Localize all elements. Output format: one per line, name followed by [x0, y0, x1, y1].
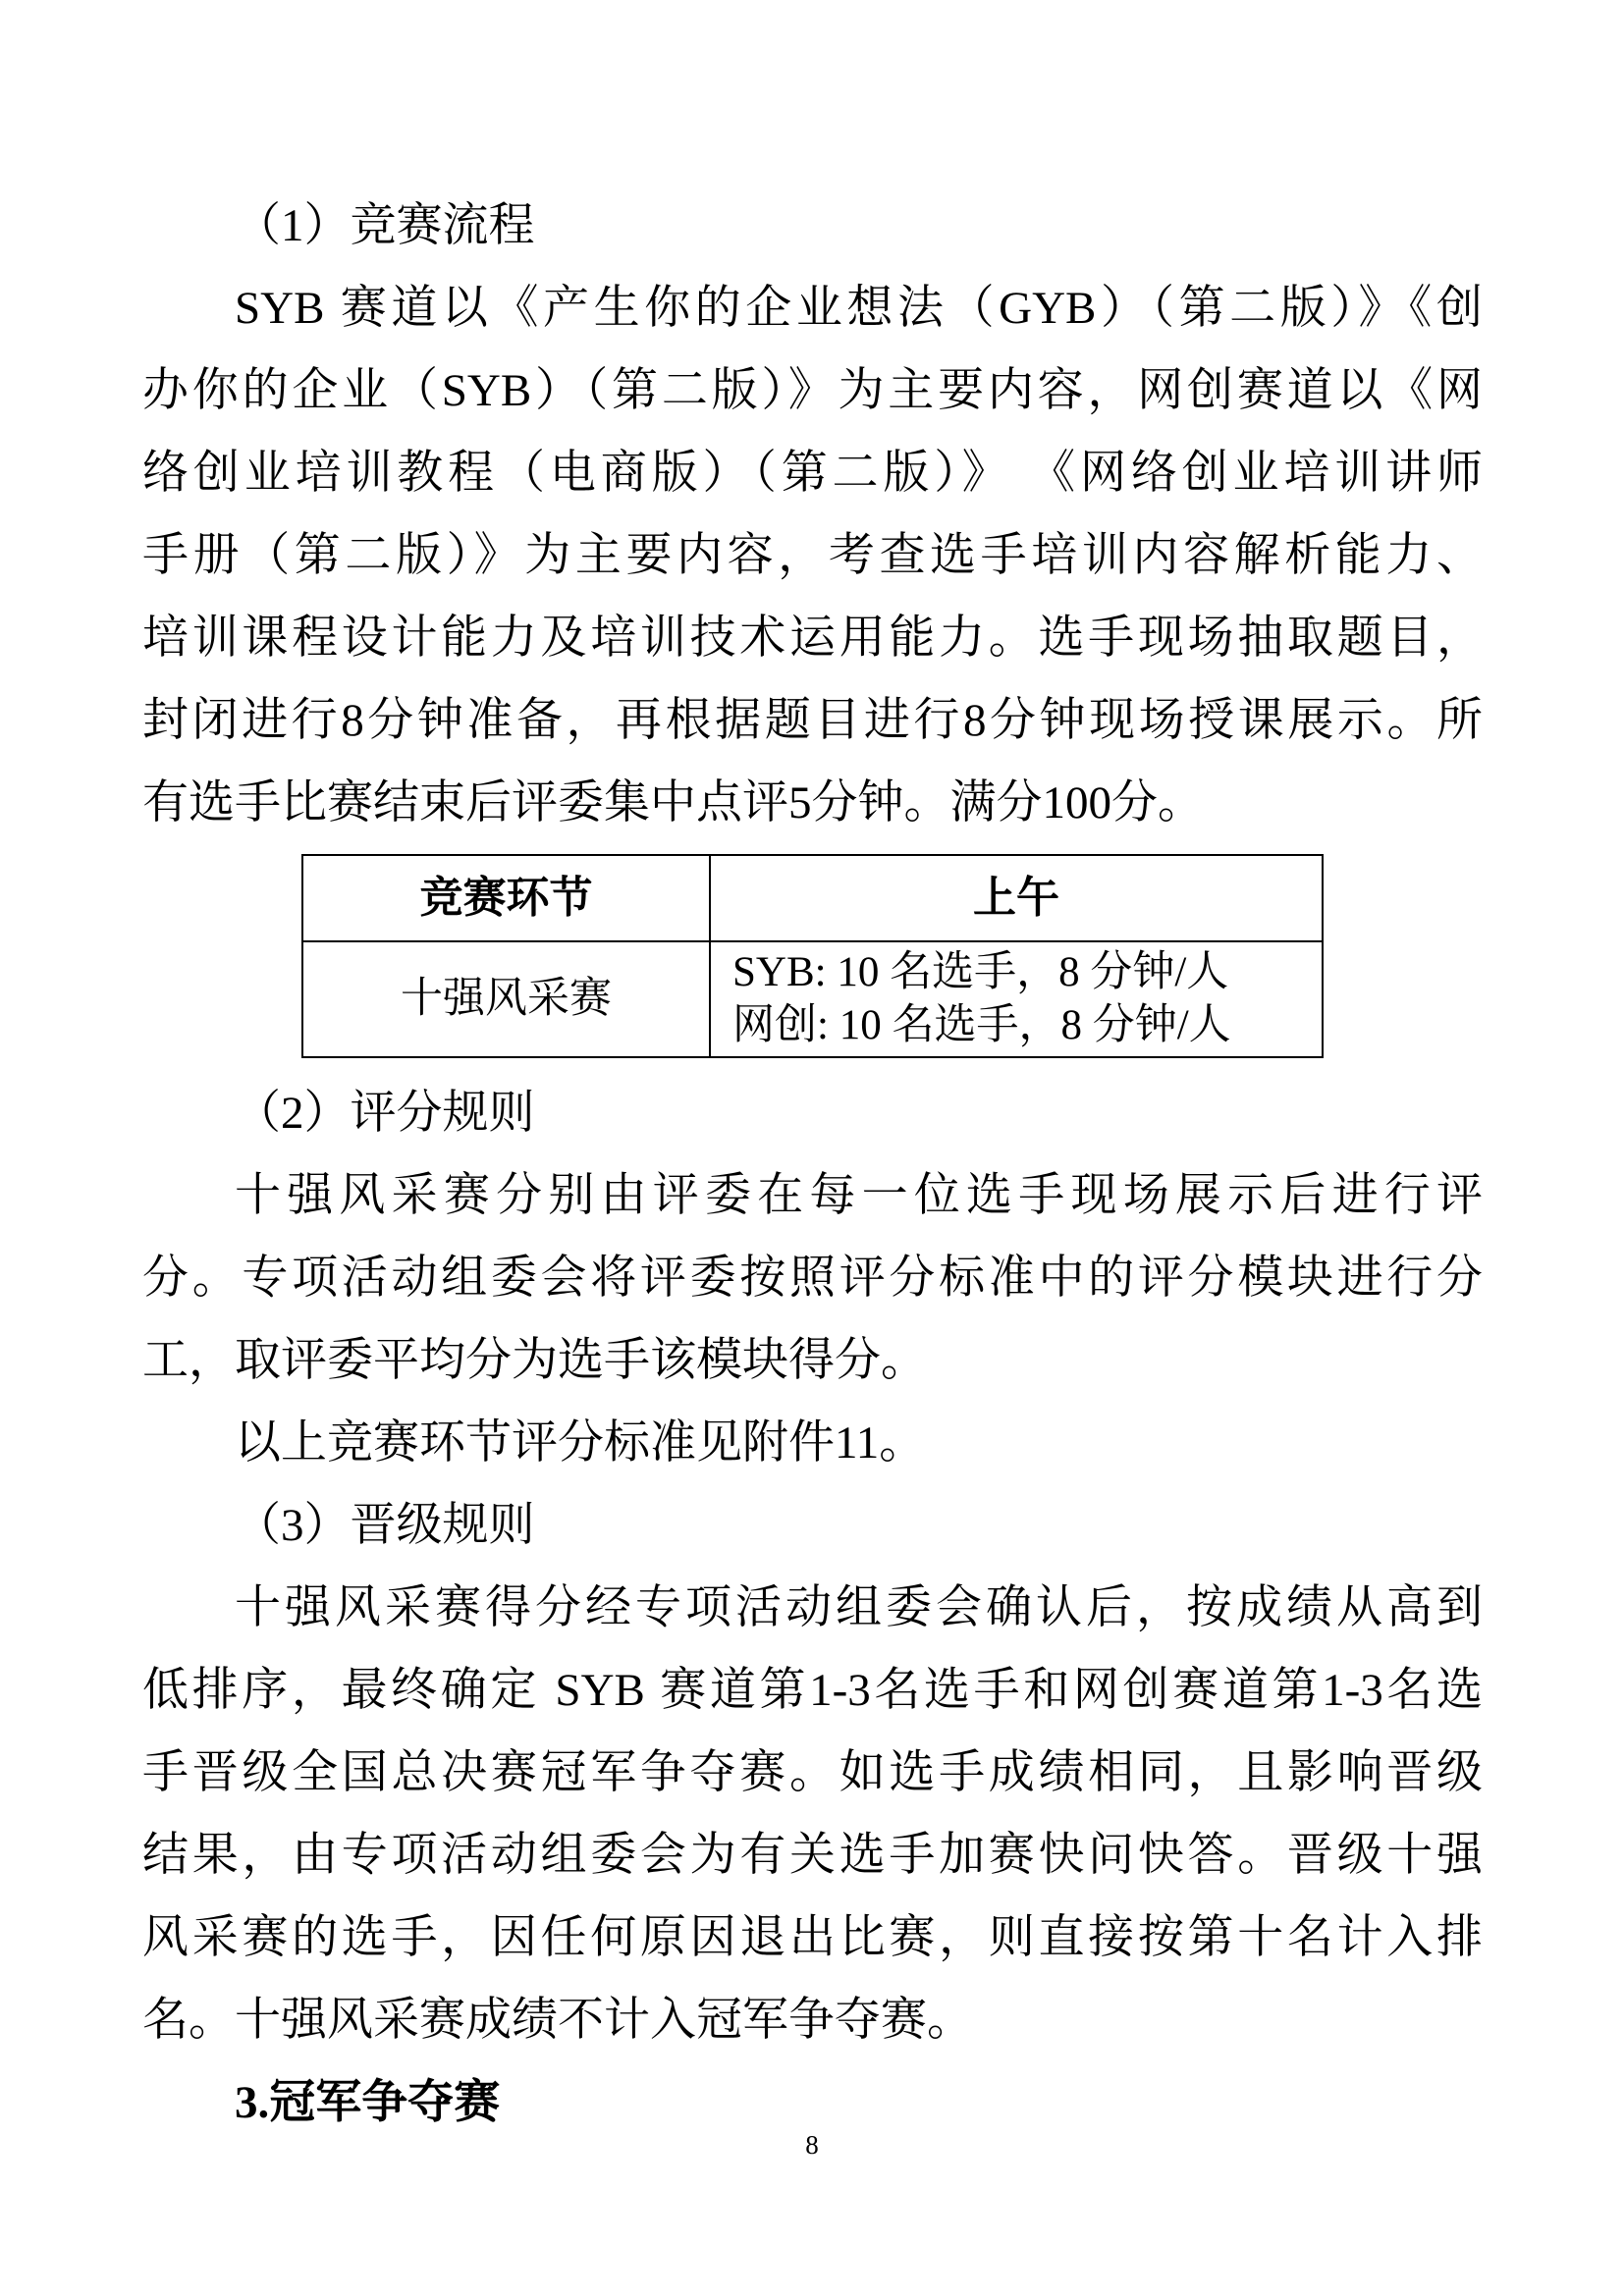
text-line: 十强风采赛分别由评委在每一位选手现场展示后进行评: [142, 1154, 1483, 1237]
heading-competition-flow: （1）竞赛流程: [142, 185, 1483, 267]
text-line: 低排序，最终确定 SYB 赛道第1-3名选手和网创赛道第1-3名选: [142, 1649, 1483, 1732]
heading-promotion-rules: （3）晋级规则: [142, 1484, 1483, 1567]
table-header-row: 竞赛环节 上午: [302, 855, 1323, 941]
detail-wangchuang: 网创: 10 名选手，8 分钟/人: [732, 999, 1314, 1052]
table-cell-details: SYB: 10 名选手，8 分钟/人 网创: 10 名选手，8 分钟/人: [710, 941, 1323, 1057]
text-line: 手晋级全国总决赛冠军争夺赛。如选手成绩相同，且影响晋级: [142, 1732, 1483, 1814]
table-cell-stage: 十强风采赛: [302, 941, 710, 1057]
text-line: SYB 赛道以《产生你的企业想法（GYB）（第二版）》《创: [142, 267, 1483, 349]
text-line: 培训课程设计能力及培训技术运用能力。选手现场抽取题目，: [142, 597, 1483, 679]
paragraph-competition-flow: SYB 赛道以《产生你的企业想法（GYB）（第二版）》《创 办你的企业（SYB）…: [142, 267, 1483, 844]
text-line: 工，取评委平均分为选手该模块得分。: [142, 1319, 1483, 1402]
text-line: 十强风采赛得分经专项活动组委会确认后，按成绩从高到: [142, 1567, 1483, 1649]
text-line: 名。十强风采赛成绩不计入冠军争夺赛。: [142, 1979, 1483, 2061]
schedule-table: 竞赛环节 上午 十强风采赛 SYB: 10 名选手，8 分钟/人 网创: 10 …: [301, 854, 1324, 1058]
paragraph-appendix-reference: 以上竞赛环节评分标准见附件11。: [142, 1402, 1483, 1484]
table-header-stage: 竞赛环节: [302, 855, 710, 941]
document-page: （1）竞赛流程 SYB 赛道以《产生你的企业想法（GYB）（第二版）》《创 办你…: [0, 0, 1624, 2296]
text-line: 手册（第二版）》为主要内容，考查选手培训内容解析能力、: [142, 514, 1483, 597]
text-line: 办你的企业（SYB）（第二版）》为主要内容，网创赛道以《网: [142, 349, 1483, 432]
text-line: 结果，由专项活动组委会为有关选手加赛快问快答。晋级十强: [142, 1814, 1483, 1896]
text-line: 风采赛的选手，因任何原因退出比赛，则直接按第十名计入排: [142, 1896, 1483, 1979]
detail-syb: SYB: 10 名选手，8 分钟/人: [732, 946, 1314, 999]
text-line: 分。专项活动组委会将评委按照评分标准中的评分模块进行分: [142, 1237, 1483, 1319]
text-line: 络创业培训教程（电商版）（第二版）》 《网络创业培训讲师: [142, 432, 1483, 514]
paragraph-promotion: 十强风采赛得分经专项活动组委会确认后，按成绩从高到 低排序，最终确定 SYB 赛…: [142, 1567, 1483, 2061]
text-line: 有选手比赛结束后评委集中点评5分钟。满分100分。: [142, 762, 1483, 844]
page-number: 8: [0, 2130, 1624, 2161]
table-header-session: 上午: [710, 855, 1323, 941]
paragraph-scoring: 十强风采赛分别由评委在每一位选手现场展示后进行评 分。专项活动组委会将评委按照评…: [142, 1154, 1483, 1402]
table-row: 十强风采赛 SYB: 10 名选手，8 分钟/人 网创: 10 名选手，8 分钟…: [302, 941, 1323, 1057]
text-line: 封闭进行8分钟准备，再根据题目进行8分钟现场授课展示。所: [142, 679, 1483, 762]
document-body: （1）竞赛流程 SYB 赛道以《产生你的企业想法（GYB）（第二版）》《创 办你…: [142, 185, 1483, 2144]
heading-scoring-rules: （2）评分规则: [142, 1072, 1483, 1154]
